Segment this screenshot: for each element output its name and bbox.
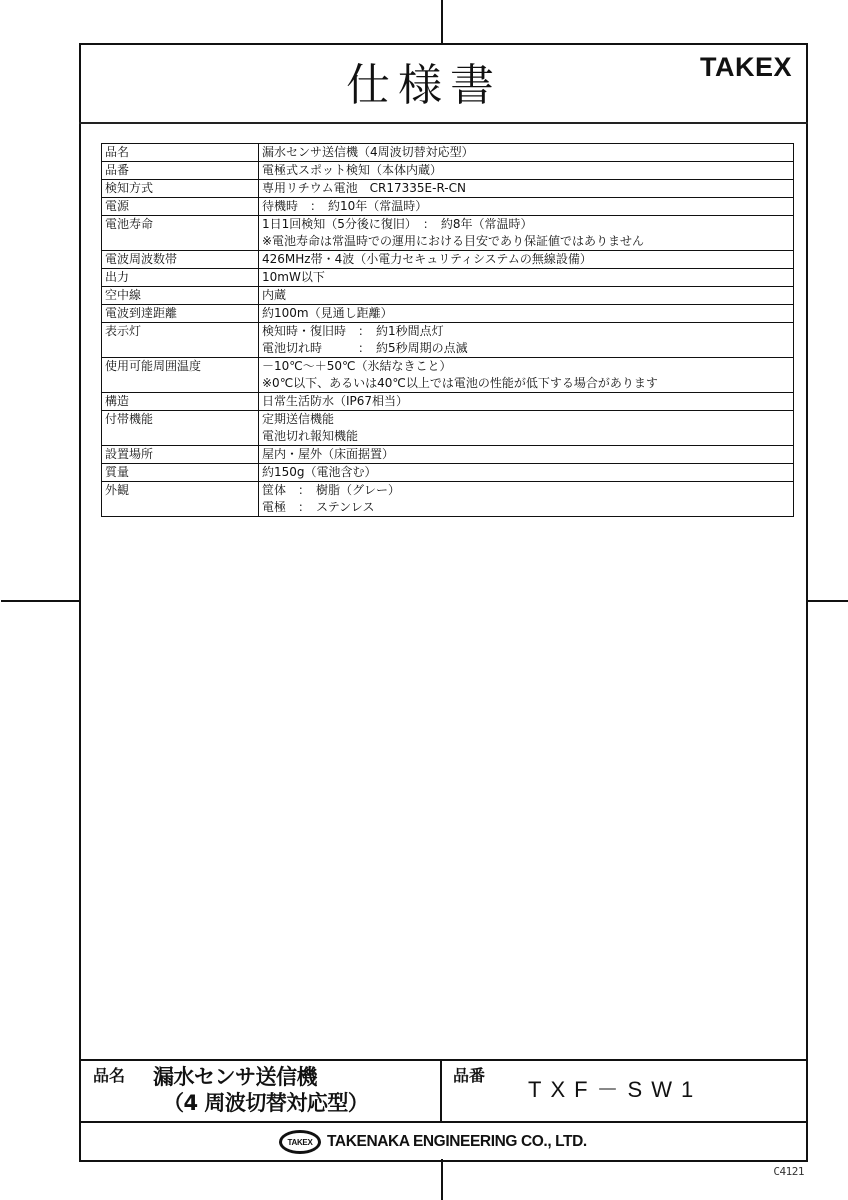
registration-mark-top — [441, 0, 443, 44]
brand-logo: TAKEX — [700, 52, 792, 82]
spec-value-line: 約150g（電池含む） — [262, 464, 790, 481]
table-row: 設置場所屋内・屋外（床面据置） — [102, 446, 794, 464]
spec-label-text: 構造 — [105, 393, 255, 410]
registration-mark-bottom — [441, 1159, 443, 1200]
spec-value: 筐体 ： 樹脂（グレー）電極 ： ステンレス — [259, 482, 794, 517]
spec-value-line: ※電池寿命は常温時での運用における目安であり保証値ではありません — [262, 233, 790, 250]
spec-label: 検知方式 — [102, 180, 259, 198]
registration-mark-left — [1, 600, 80, 602]
table-row: 電波周波数帯426MHz帯・4波（小電力セキュリティシステムの無線設備） — [102, 251, 794, 269]
spec-label: 使用可能周囲温度 — [102, 358, 259, 393]
product-number-label: 品番 — [453, 1066, 485, 1086]
spec-value: 10mW以下 — [259, 269, 794, 287]
registration-mark-right — [806, 600, 848, 602]
table-row: 使用可能周囲温度－10℃～＋50℃（氷結なきこと）※0℃以下、あるいは40℃以上… — [102, 358, 794, 393]
table-row: 表示灯検知時・復旧時 ： 約1秒間点灯電池切れ時 ： 約5秒周期の点滅 — [102, 323, 794, 358]
spec-value-line: 専用リチウム電池 CR17335E-R-CN — [262, 180, 790, 197]
spec-value-line: 約100m（見通し距離） — [262, 305, 790, 322]
spec-label: 付帯機能 — [102, 411, 259, 446]
spec-value: 日常生活防水（IP67相当） — [259, 393, 794, 411]
spec-value-line: 426MHz帯・4波（小電力セキュリティシステムの無線設備） — [262, 251, 790, 268]
spec-value: 約150g（電池含む） — [259, 464, 794, 482]
table-row: 構造日常生活防水（IP67相当） — [102, 393, 794, 411]
table-row: 付帯機能定期送信機能電池切れ報知機能 — [102, 411, 794, 446]
spec-label-text: 電波到達距離 — [105, 305, 255, 322]
spec-value-line: 内蔵 — [262, 287, 790, 304]
company-block: TAKEX TAKENAKA ENGINEERING CO., LTD. — [279, 1128, 587, 1156]
spec-value-line: 漏水センサ送信機（4周波切替対応型） — [262, 144, 790, 161]
spec-label: 品名 — [102, 144, 259, 162]
table-row: 品名漏水センサ送信機（4周波切替対応型） — [102, 144, 794, 162]
spec-label: 設置場所 — [102, 446, 259, 464]
table-row: 品番電極式スポット検知（本体内蔵） — [102, 162, 794, 180]
spec-label-text: 検知方式 — [105, 180, 255, 197]
spec-value: 屋内・屋外（床面据置） — [259, 446, 794, 464]
product-name-line2: （4 周波切替対応型） — [163, 1090, 368, 1116]
product-name-line1: 漏水センサ送信機 — [153, 1064, 317, 1090]
spec-label: 構造 — [102, 393, 259, 411]
table-row: 外観筐体 ： 樹脂（グレー）電極 ： ステンレス — [102, 482, 794, 517]
title-block-divider — [79, 1059, 808, 1061]
table-row: 電波到達距離約100m（見通し距離） — [102, 305, 794, 323]
spec-value: 約100m（見通し距離） — [259, 305, 794, 323]
spec-value: 内蔵 — [259, 287, 794, 305]
table-row: 質量約150g（電池含む） — [102, 464, 794, 482]
spec-label-text: 表示灯 — [105, 323, 255, 340]
spec-value-line: 電池切れ報知機能 — [262, 428, 790, 445]
table-row: 電池寿命1日1回検知（5分後に復旧） ： 約8年（常温時）※電池寿命は常温時での… — [102, 216, 794, 251]
spec-label: 品番 — [102, 162, 259, 180]
spec-label-text: 出力 — [105, 269, 255, 286]
spec-label-text: 品番 — [105, 162, 255, 179]
spec-value-line: 屋内・屋外（床面据置） — [262, 446, 790, 463]
spec-label: 電源 — [102, 198, 259, 216]
spec-label: 電波到達距離 — [102, 305, 259, 323]
spec-value-line: 検知時・復旧時 ： 約1秒間点灯 — [262, 323, 790, 340]
company-name: TAKENAKA ENGINEERING CO., LTD. — [327, 1133, 587, 1151]
spec-value: 漏水センサ送信機（4周波切替対応型） — [259, 144, 794, 162]
spec-value-line: 定期送信機能 — [262, 411, 790, 428]
spec-label: 質量 — [102, 464, 259, 482]
spec-value-line: 10mW以下 — [262, 269, 790, 286]
spec-value-line: 電極式スポット検知（本体内蔵） — [262, 162, 790, 179]
spec-value: 定期送信機能電池切れ報知機能 — [259, 411, 794, 446]
spec-label: 表示灯 — [102, 323, 259, 358]
spec-value: 専用リチウム電池 CR17335E-R-CN — [259, 180, 794, 198]
spec-table: 品名漏水センサ送信機（4周波切替対応型）品番電極式スポット検知（本体内蔵）検知方… — [101, 143, 794, 517]
spec-value: 電極式スポット検知（本体内蔵） — [259, 162, 794, 180]
spec-value-line: 待機時 ： 約10年（常温時） — [262, 198, 790, 215]
spec-value-line: 日常生活防水（IP67相当） — [262, 393, 790, 410]
spec-value: 1日1回検知（5分後に復旧） ： 約8年（常温時）※電池寿命は常温時での運用にお… — [259, 216, 794, 251]
spec-label-text: 電波周波数帯 — [105, 251, 255, 268]
spec-label: 空中線 — [102, 287, 259, 305]
product-name-label: 品名 — [93, 1066, 125, 1086]
spec-label-text: 設置場所 — [105, 446, 255, 463]
spec-value-line: ※0℃以下、あるいは40℃以上では電池の性能が低下する場合があります — [262, 375, 790, 392]
spec-label-text: 使用可能周囲温度 — [105, 358, 255, 375]
spec-value-line: 電極 ： ステンレス — [262, 499, 790, 516]
spec-label-text: 空中線 — [105, 287, 255, 304]
product-number-value: TXF－SW1 — [528, 1077, 702, 1103]
takex-oval-logo-icon: TAKEX — [279, 1130, 321, 1154]
document-code: C4121 — [773, 1165, 804, 1178]
header-divider — [79, 122, 808, 124]
title-block-column-divider — [440, 1060, 442, 1122]
spec-label-text: 付帯機能 — [105, 411, 255, 428]
table-row: 検知方式専用リチウム電池 CR17335E-R-CN — [102, 180, 794, 198]
spec-value: 426MHz帯・4波（小電力セキュリティシステムの無線設備） — [259, 251, 794, 269]
spec-value: 待機時 ： 約10年（常温時） — [259, 198, 794, 216]
spec-label: 電池寿命 — [102, 216, 259, 251]
spec-label: 出力 — [102, 269, 259, 287]
spec-label-text: 電源 — [105, 198, 255, 215]
spec-label-text: 質量 — [105, 464, 255, 481]
spec-value-line: －10℃～＋50℃（氷結なきこと） — [262, 358, 790, 375]
table-row: 空中線内蔵 — [102, 287, 794, 305]
spec-value: －10℃～＋50℃（氷結なきこと）※0℃以下、あるいは40℃以上では電池の性能が… — [259, 358, 794, 393]
company-divider — [79, 1121, 808, 1123]
spec-label-text: 品名 — [105, 144, 255, 161]
spec-label-text: 電池寿命 — [105, 216, 255, 233]
spec-value-line: 電池切れ時 ： 約5秒周期の点滅 — [262, 340, 790, 357]
table-row: 出力10mW以下 — [102, 269, 794, 287]
spec-label: 外観 — [102, 482, 259, 517]
spec-value-line: 1日1回検知（5分後に復旧） ： 約8年（常温時） — [262, 216, 790, 233]
spec-value: 検知時・復旧時 ： 約1秒間点灯電池切れ時 ： 約5秒周期の点滅 — [259, 323, 794, 358]
spec-value-line: 筐体 ： 樹脂（グレー） — [262, 482, 790, 499]
spec-label-text: 外観 — [105, 482, 255, 499]
table-row: 電源待機時 ： 約10年（常温時） — [102, 198, 794, 216]
spec-label: 電波周波数帯 — [102, 251, 259, 269]
